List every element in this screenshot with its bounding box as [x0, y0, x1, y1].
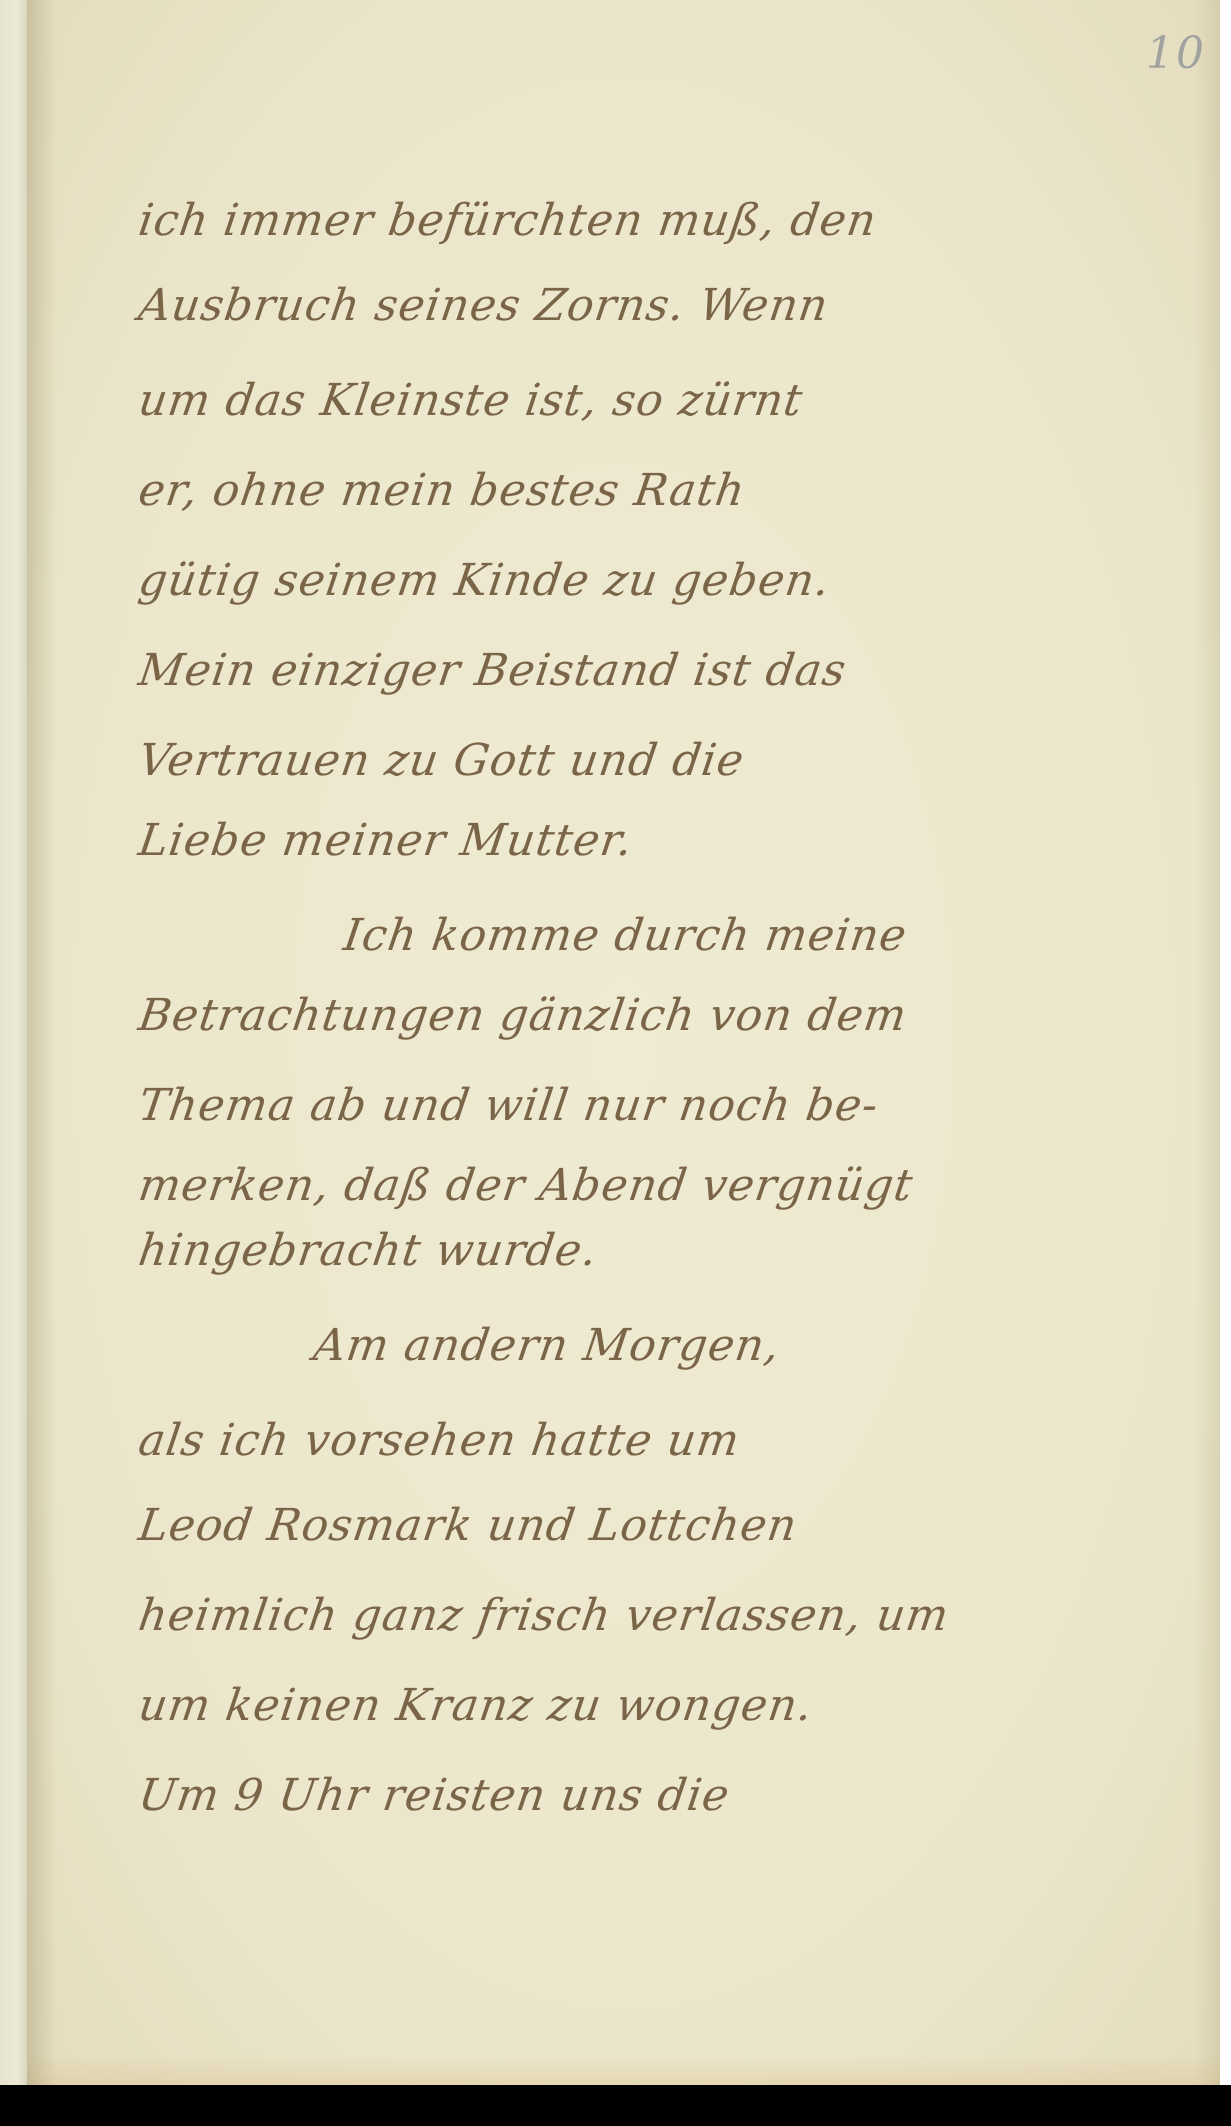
folio-number: 10: [1146, 28, 1206, 79]
text-line: Vertrauen zu Gott und die: [135, 735, 747, 786]
text-line: merken, daß der Abend vergnügt: [135, 1160, 916, 1211]
paragraph-start-line: Ich komme durch meine: [135, 910, 910, 961]
text-line: heimlich ganz frisch verlassen, um: [135, 1590, 952, 1641]
text-line: gütig seinem Kinde zu geben.: [135, 555, 833, 606]
text-line: Betrachtungen gänzlich von dem: [135, 990, 910, 1041]
scan-background: 10 ich immer befürchten muß, den Ausbruc…: [0, 0, 1231, 2085]
text-line: hingebracht wurde.: [135, 1225, 600, 1276]
text-line: er, ohne mein bestes Rath: [135, 465, 748, 516]
text-line: Um 9 Uhr reisten uns die: [135, 1770, 733, 1821]
text-line: ich immer befürchten muß, den: [135, 195, 880, 246]
text-line: Leod Rosmark und Lottchen: [135, 1500, 800, 1551]
text-line: um das Kleinste ist, so zürnt: [135, 375, 806, 426]
text-line: Ausbruch seines Zorns. Wenn: [135, 280, 831, 331]
text-line: Mein einziger Beistand ist das: [135, 645, 849, 696]
paragraph-start-line: Am andern Morgen,: [135, 1320, 783, 1371]
text-line: um keinen Kranz zu wongen.: [135, 1680, 816, 1731]
text-line: als ich vorsehen hatte um: [135, 1415, 743, 1466]
text-line: Thema ab und will nur noch be-: [135, 1080, 881, 1131]
underlying-page-edge: [0, 0, 28, 2085]
text-line: Liebe meiner Mutter.: [135, 815, 636, 866]
manuscript-page: 10 ich immer befürchten muß, den Ausbruc…: [27, 0, 1220, 2085]
